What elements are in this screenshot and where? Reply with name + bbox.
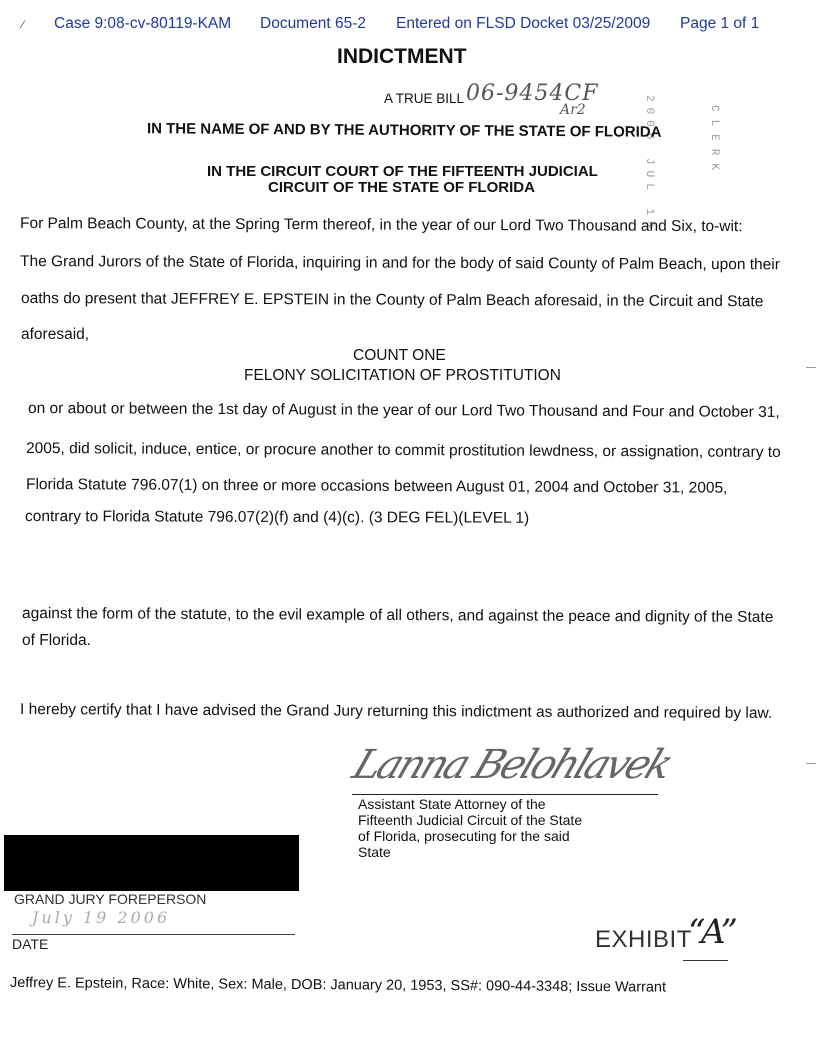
court-line-2: CIRCUIT OF THE STATE OF FLORIDA	[268, 179, 535, 196]
entered-date: Entered on FLSD Docket 03/25/2009	[396, 15, 650, 33]
exhibit-underline	[683, 960, 728, 961]
handwritten-case-suffix: Ar2	[560, 102, 586, 118]
signature-line	[352, 794, 658, 795]
date-label: DATE	[12, 936, 48, 952]
margin-mark	[806, 367, 816, 368]
authority-line: IN THE NAME OF AND BY THE AUTHORITY OF T…	[147, 120, 662, 141]
attorney-signature: Lanna Belohlavek	[347, 742, 677, 788]
case-number: Case 9:08-cv-80119-KAM	[54, 15, 231, 33]
foreperson-label: GRAND JURY FOREPERSON	[14, 891, 206, 907]
defendant-info: Jeffrey E. Epstein, Race: White, Sex: Ma…	[10, 975, 666, 996]
true-bill-label: A TRUE BILL	[384, 91, 464, 106]
clerk-stamp: 2006 JUL 19	[643, 95, 655, 234]
clerk-stamp-secondary: CLERK	[708, 105, 720, 178]
exhibit-letter: “A”	[688, 912, 738, 952]
court-line-1: IN THE CIRCUIT COURT OF THE FIFTEENTH JU…	[207, 163, 598, 180]
redaction-box	[4, 835, 299, 891]
date-line	[12, 934, 295, 935]
preamble-line: For Palm Beach County, at the Spring Ter…	[20, 215, 743, 236]
count-text-line: 2005, did solicit, induce, entice, or pr…	[26, 440, 781, 462]
document-number: Document 65-2	[260, 15, 366, 33]
preamble-line: aforesaid,	[21, 326, 89, 344]
count-text-line: contrary to Florida Statute 796.07(2)(f)…	[25, 508, 529, 528]
against-line: against the form of the statute, to the …	[22, 605, 773, 627]
exhibit-label: EXHIBIT	[595, 926, 692, 954]
margin-mark	[806, 763, 816, 764]
preamble-line: The Grand Jurors of the State of Florida…	[20, 253, 780, 274]
count-text-line: Florida Statute 796.07(1) on three or mo…	[26, 476, 727, 498]
count-text-line: on or about or between the 1st day of Au…	[28, 400, 780, 422]
against-line: of Florida.	[22, 632, 91, 650]
preamble-line: oaths do present that JEFFREY E. EPSTEIN…	[21, 290, 763, 311]
handwritten-date: July 19 2006	[32, 908, 170, 927]
scan-mark: ⁄	[22, 19, 24, 31]
page-count: Page 1 of 1	[680, 15, 759, 33]
attorney-title-block: Assistant State Attorney of the Fifteent…	[358, 796, 582, 860]
certification-statement: I hereby certify that I have advised the…	[20, 701, 772, 723]
